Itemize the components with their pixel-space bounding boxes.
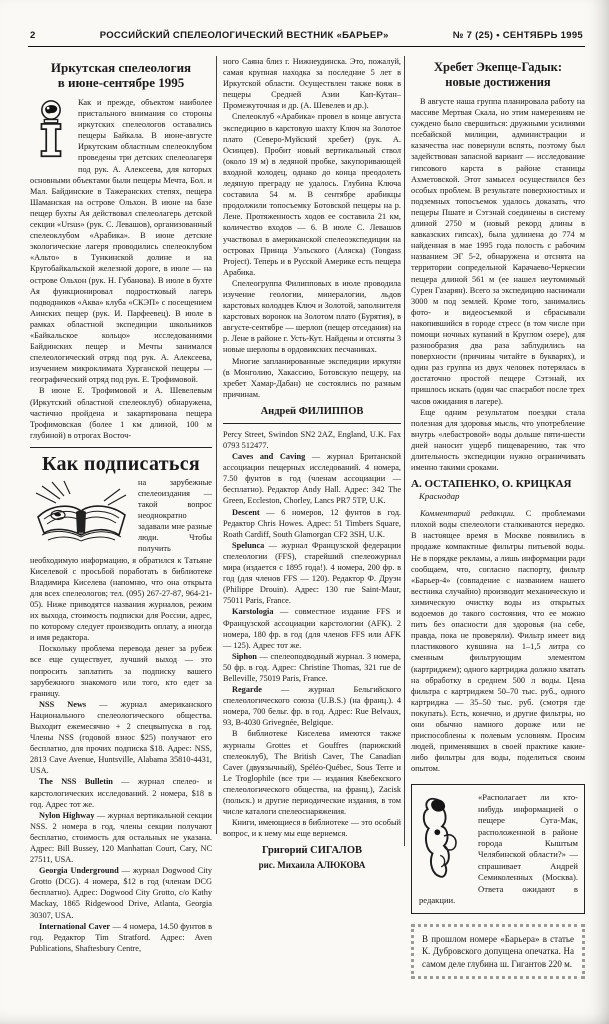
journal-entry: Spelunca — журнал Французской федерации …	[223, 540, 401, 607]
article-irkutsk-body: Как и прежде, объектом наиболее присталь…	[30, 97, 212, 441]
paragraph: Еще одним результатом поездки стала поле…	[411, 407, 585, 474]
author-city: Краснодар	[411, 491, 585, 502]
paragraph: Percy Street, Swindon SN2 2AZ, England, …	[223, 429, 401, 451]
journal-entry: Nylon Highway — журнал вертикальной секц…	[30, 810, 212, 865]
author-signature: А. ОСТАПЕНКО, О. КРИЦКАЯ	[411, 478, 585, 491]
header-rule	[28, 46, 585, 47]
paragraph: Многие запланированные экспедиции иркутя…	[223, 356, 401, 400]
paragraph: ного Саяна близ г. Нижнеудинска. Это, по…	[223, 56, 401, 111]
article-irkutsk-title: Иркутская спелеология в июне-сентябре 19…	[30, 60, 212, 90]
erratum-text: В прошлом номере «Барьера» в статье К. Д…	[422, 933, 574, 971]
subscribe-title: Как подписаться	[30, 453, 212, 475]
paragraph: Спелеогруппа Филипповых в июле проводила…	[223, 278, 401, 356]
journal-entry: NSS News — журнал американского Национал…	[30, 699, 212, 777]
journal-entry: Descent — 6 номеров, 12 фунтов в год. Ре…	[223, 507, 401, 540]
issue-info: № 7 (25) • СЕНТЯБРЬ 1995	[453, 30, 583, 41]
journal-entry: Regarde — журнал Бельгийского спелеологи…	[223, 684, 401, 728]
paragraph: В библиотеке Киселева имеются также журн…	[223, 728, 401, 817]
column-divider-1	[216, 56, 217, 834]
paragraph: Спелеоклуб «Арабика» провел в конце авгу…	[223, 111, 401, 277]
article-ridge-title: Хребет Экепце-Гадык: новые достижения	[411, 60, 585, 89]
journal-entry: Caves and Caving — журнал Британской асс…	[223, 451, 401, 506]
open-book-illustration	[30, 479, 132, 553]
subscribe-body-col1: на зарубежные спелеоиздания — такой вопр…	[30, 477, 212, 954]
cave-sketch-illustration	[419, 792, 471, 884]
journal-entry: Karstologia — совместное издание FFS и Ф…	[223, 606, 401, 650]
paragraph: Поскольку проблема перевода денег за руб…	[30, 643, 212, 698]
pedestal-globe-illustration	[30, 99, 72, 163]
journal-entry: Georgia Underground — журнал Dogwood Cit…	[30, 865, 212, 920]
column-right: Хребет Экепце-Гадык: новые достижения В …	[411, 56, 585, 979]
journal-entry: Siphon — спелеоподводный журнал. 3 номер…	[223, 651, 401, 684]
reader-query-box: «Располагает ли кто-нибудь информацией о…	[411, 784, 585, 913]
newspaper-page: 2 РОССИЙСКИЙ СПЕЛЕОЛОГИЧЕСКИЙ ВЕСТНИК «Б…	[0, 0, 609, 1024]
section-rule	[223, 423, 401, 424]
paragraph: В августе наша группа планировала работу…	[411, 96, 585, 407]
paragraph: Книги, имеющиеся в библиотеке — это особ…	[223, 817, 401, 839]
erratum-box: В прошлом номере «Барьера» в статье К. Д…	[411, 924, 585, 980]
journal-entry: The NSS Bulletin — журнал спелео- и карс…	[30, 776, 212, 809]
column-middle: ного Саяна близ г. Нижнеудинска. Это, по…	[223, 56, 401, 875]
paragraph: В июне Е. Трофимовой и А. Шевелевым (Ирк…	[30, 385, 212, 440]
journal-entry: International Caver — 4 номера, 14.50 фу…	[30, 921, 212, 954]
illustration-credit: рис. Михаила АЛЮКОВА	[223, 859, 401, 871]
author-signature: Андрей ФИЛИППОВ	[223, 405, 401, 418]
page-header: 2 РОССИЙСКИЙ СПЕЛЕОЛОГИЧЕСКИЙ ВЕСТНИК «Б…	[30, 30, 583, 41]
masthead: РОССИЙСКИЙ СПЕЛЕОЛОГИЧЕСКИЙ ВЕСТНИК «БАР…	[36, 30, 453, 41]
column-left: Иркутская спелеология в июне-сентябре 19…	[30, 56, 212, 954]
section-rule	[30, 447, 212, 448]
author-signature: Григорий СИГАЛОВ	[223, 844, 401, 857]
comment-lead: Комментарий редакции.	[420, 509, 515, 518]
editorial-comment: Комментарий редакции. С проблемами плохо…	[411, 508, 585, 774]
column-divider-2	[404, 56, 405, 846]
